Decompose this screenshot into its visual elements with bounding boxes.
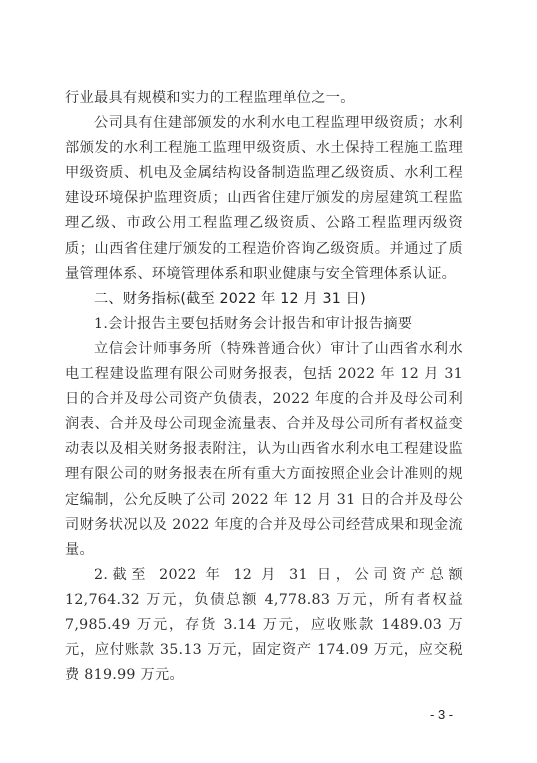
paragraph-continuation: 行业最具有规模和实力的工程监理单位之一。	[65, 86, 463, 111]
paragraph-audit-summary: 立信会计师事务所（特殊普通合伙）审计了山西省水利水电工程建设监理有限公司财务报表…	[65, 337, 463, 563]
section-heading-financial-indicators: 二、财务指标(截至 2022 年 12 月 31 日)	[65, 287, 463, 312]
paragraph-financial-figures: 2.截至 2022 年 12 月 31 日，公司资产总额 12,764.32 万…	[65, 563, 463, 688]
document-page: 行业最具有规模和实力的工程监理单位之一。 公司具有住建部颁发的水利水电工程监理甲…	[0, 0, 537, 763]
paragraph-qualifications: 公司具有住建部颁发的水利水电工程监理甲级资质；水利部颁发的水利工程施工监理甲级资…	[65, 111, 463, 287]
document-body: 行业最具有规模和实力的工程监理单位之一。 公司具有住建部颁发的水利水电工程监理甲…	[65, 86, 463, 688]
page-number: - 3 -	[430, 707, 453, 722]
subheading-accounting-report: 1.会计报告主要包括财务会计报告和审计报告摘要	[65, 312, 463, 337]
